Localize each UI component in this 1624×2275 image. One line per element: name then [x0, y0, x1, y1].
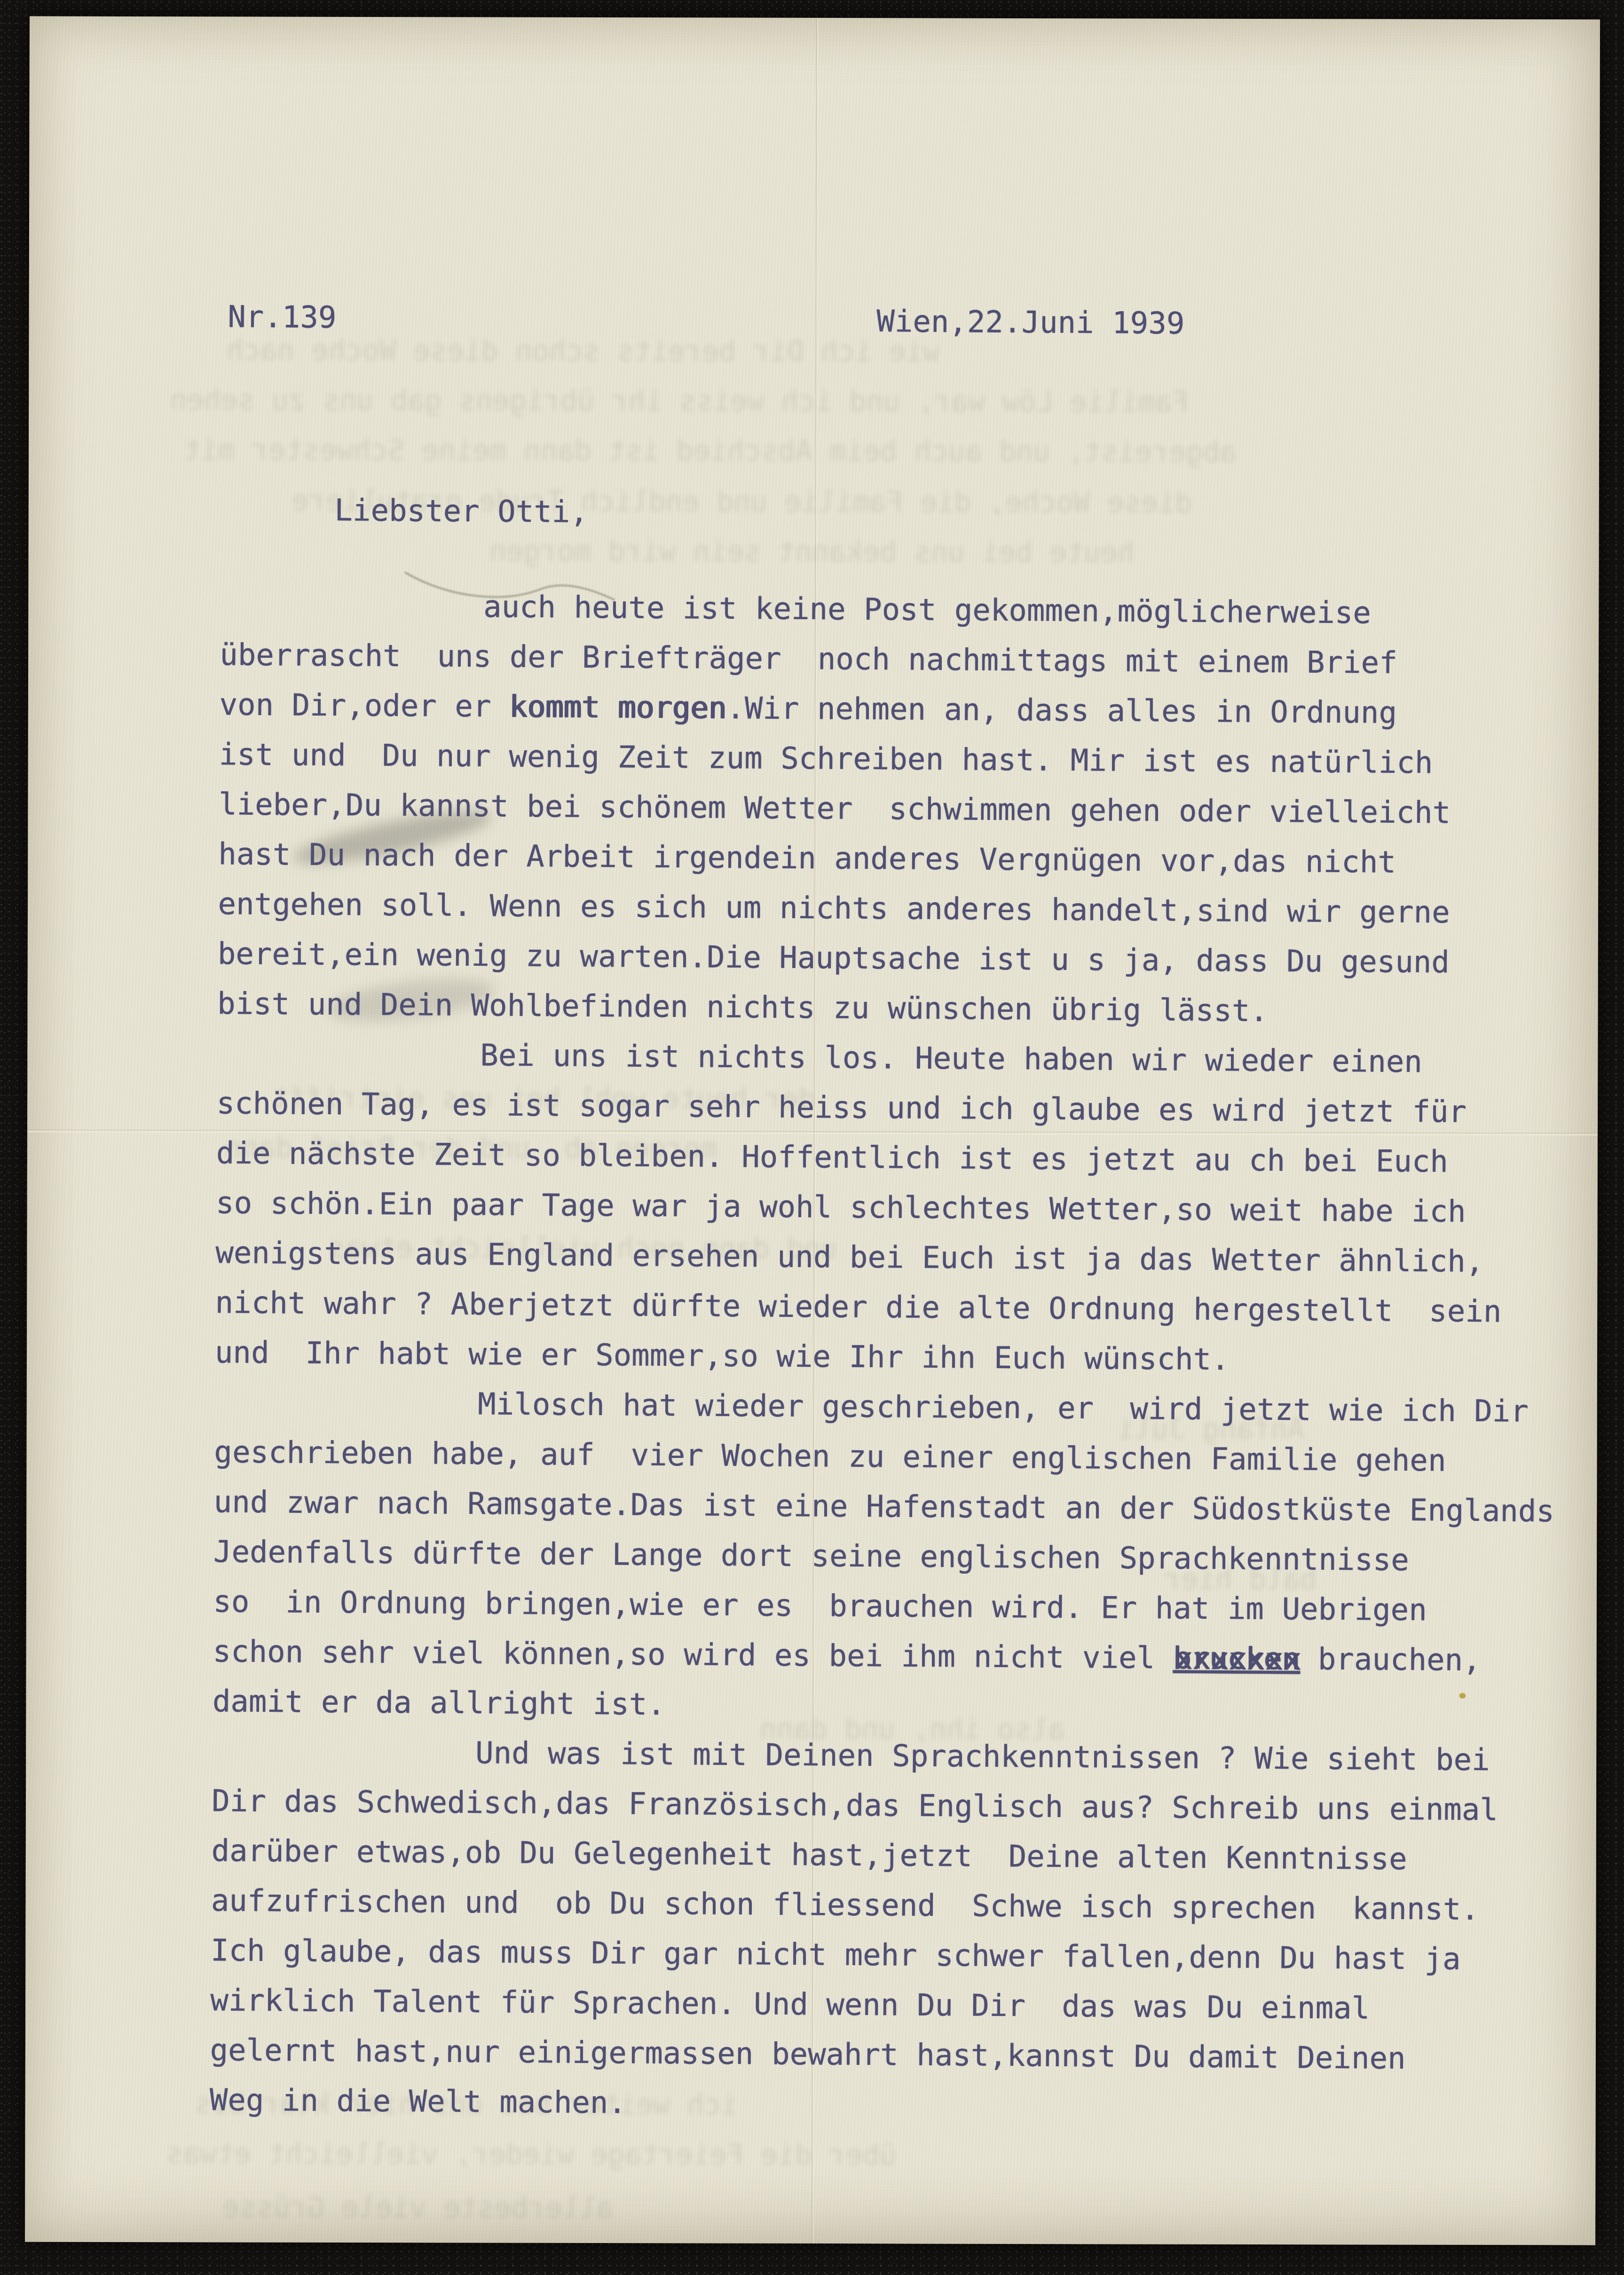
- letter-line: ist und Du nur wenig Zeit zum Schreiben …: [219, 730, 1600, 789]
- letter-line: bist und Dein Wohlbefinden nichts zu wün…: [217, 979, 1600, 1039]
- letter-line: entgehen soll. Wenn es sich um nichts an…: [218, 879, 1600, 939]
- letter-line: so schön.Ein paar Tage war ja wohl schle…: [216, 1178, 1600, 1238]
- letter-line: Und was ist mit Deinen Sprachkenntnissen…: [212, 1726, 1600, 1786]
- line-text: schon sehr viel können,so wird es bei ih…: [213, 1634, 1173, 1676]
- letter-line: auch heute ist keine Post gekommen,mögli…: [220, 580, 1600, 640]
- letter-line: lieber,Du kannst bei schönem Wetter schw…: [219, 779, 1600, 839]
- letter-line: nicht wahr ? Aberjetzt dürfte wieder die…: [215, 1278, 1600, 1338]
- letter-line: von Dir,oder er kommt morgen.Wir nehmen …: [219, 680, 1600, 740]
- letter-line: Weg in die Welt machen.: [210, 2075, 1600, 2135]
- letter-line: aufzufrischen und ob Du schon fliessend …: [211, 1876, 1600, 1936]
- letter-line: wirklich Talent für Sprachen. Und wenn D…: [210, 1976, 1600, 2035]
- letter-line: Milosch hat wieder geschrieben, er wird …: [214, 1378, 1600, 1437]
- letter-salutation: Liebster Otti,: [334, 486, 588, 537]
- line-text: brauchen,: [1300, 1642, 1481, 1678]
- letter-line: Jedenfalls dürfte der Lange dort seine e…: [213, 1527, 1600, 1587]
- letter-line: so in Ordnung bringen,wie er es brauchen…: [213, 1577, 1600, 1637]
- letter-line: schon sehr viel können,so wird es bei ih…: [213, 1627, 1600, 1686]
- letter-page: wie ich Dir bereits schon diese Woche na…: [25, 16, 1600, 2245]
- letter-line: Bei uns ist nichts los. Heute haben wir …: [217, 1029, 1600, 1088]
- letter-line: die nächste Zeit so bleiben. Hoffentlich…: [216, 1128, 1600, 1188]
- letter-line: gelernt hast,nur einigermassen bewahrt h…: [210, 2025, 1600, 2085]
- line-text: .Wir nehmen an, dass alles in Ordnung: [726, 691, 1397, 731]
- letter-line: bereit,ein wenig zu warten.Die Hauptsach…: [218, 929, 1600, 989]
- letter-line: geschrieben habe, auf vier Wochen zu ein…: [214, 1427, 1600, 1487]
- letter-line: Dir das Schwedisch,das Französisch,das E…: [212, 1776, 1600, 1836]
- letter-line: darüber etwas,ob Du Gelegenheit hast,jet…: [211, 1826, 1600, 1886]
- crossed-out-word: brucken: [1173, 1634, 1300, 1685]
- typed-text-layer: Nr.139 Wien,22.Juni 1939 Liebster Otti, …: [25, 16, 1600, 2245]
- letter-line: hast Du nach der Arbeit irgendein andere…: [218, 829, 1600, 889]
- letter-line: überrascht uns der Briefträger noch nach…: [220, 630, 1600, 690]
- scan-page: { "letter": { "number": "Nr.139", "datel…: [0, 0, 1624, 2275]
- letter-line: und Ihr habt wie er Sommer,so wie Ihr ih…: [215, 1328, 1600, 1387]
- letter-line: damit er da allright ist.: [212, 1677, 1600, 1736]
- line-text: von Dir,oder er: [219, 687, 509, 724]
- letter-line: wenigstens aus England ersehen und bei E…: [215, 1228, 1600, 1288]
- letter-line: und zwar nach Ramsgate.Das ist eine Hafe…: [213, 1477, 1600, 1537]
- letter-body: auch heute ist keine Post gekommen,mögli…: [210, 580, 1600, 2135]
- letter-line: schönen Tag, es ist sogar sehr heiss und…: [216, 1078, 1600, 1138]
- overstruck-text: kommt morgen: [509, 690, 727, 726]
- letter-line: Ich glaube, das muss Dir gar nicht mehr …: [211, 1926, 1600, 1985]
- letter-dateline: Wien,22.Juni 1939: [876, 297, 1185, 349]
- letter-number: Nr.139: [228, 292, 337, 343]
